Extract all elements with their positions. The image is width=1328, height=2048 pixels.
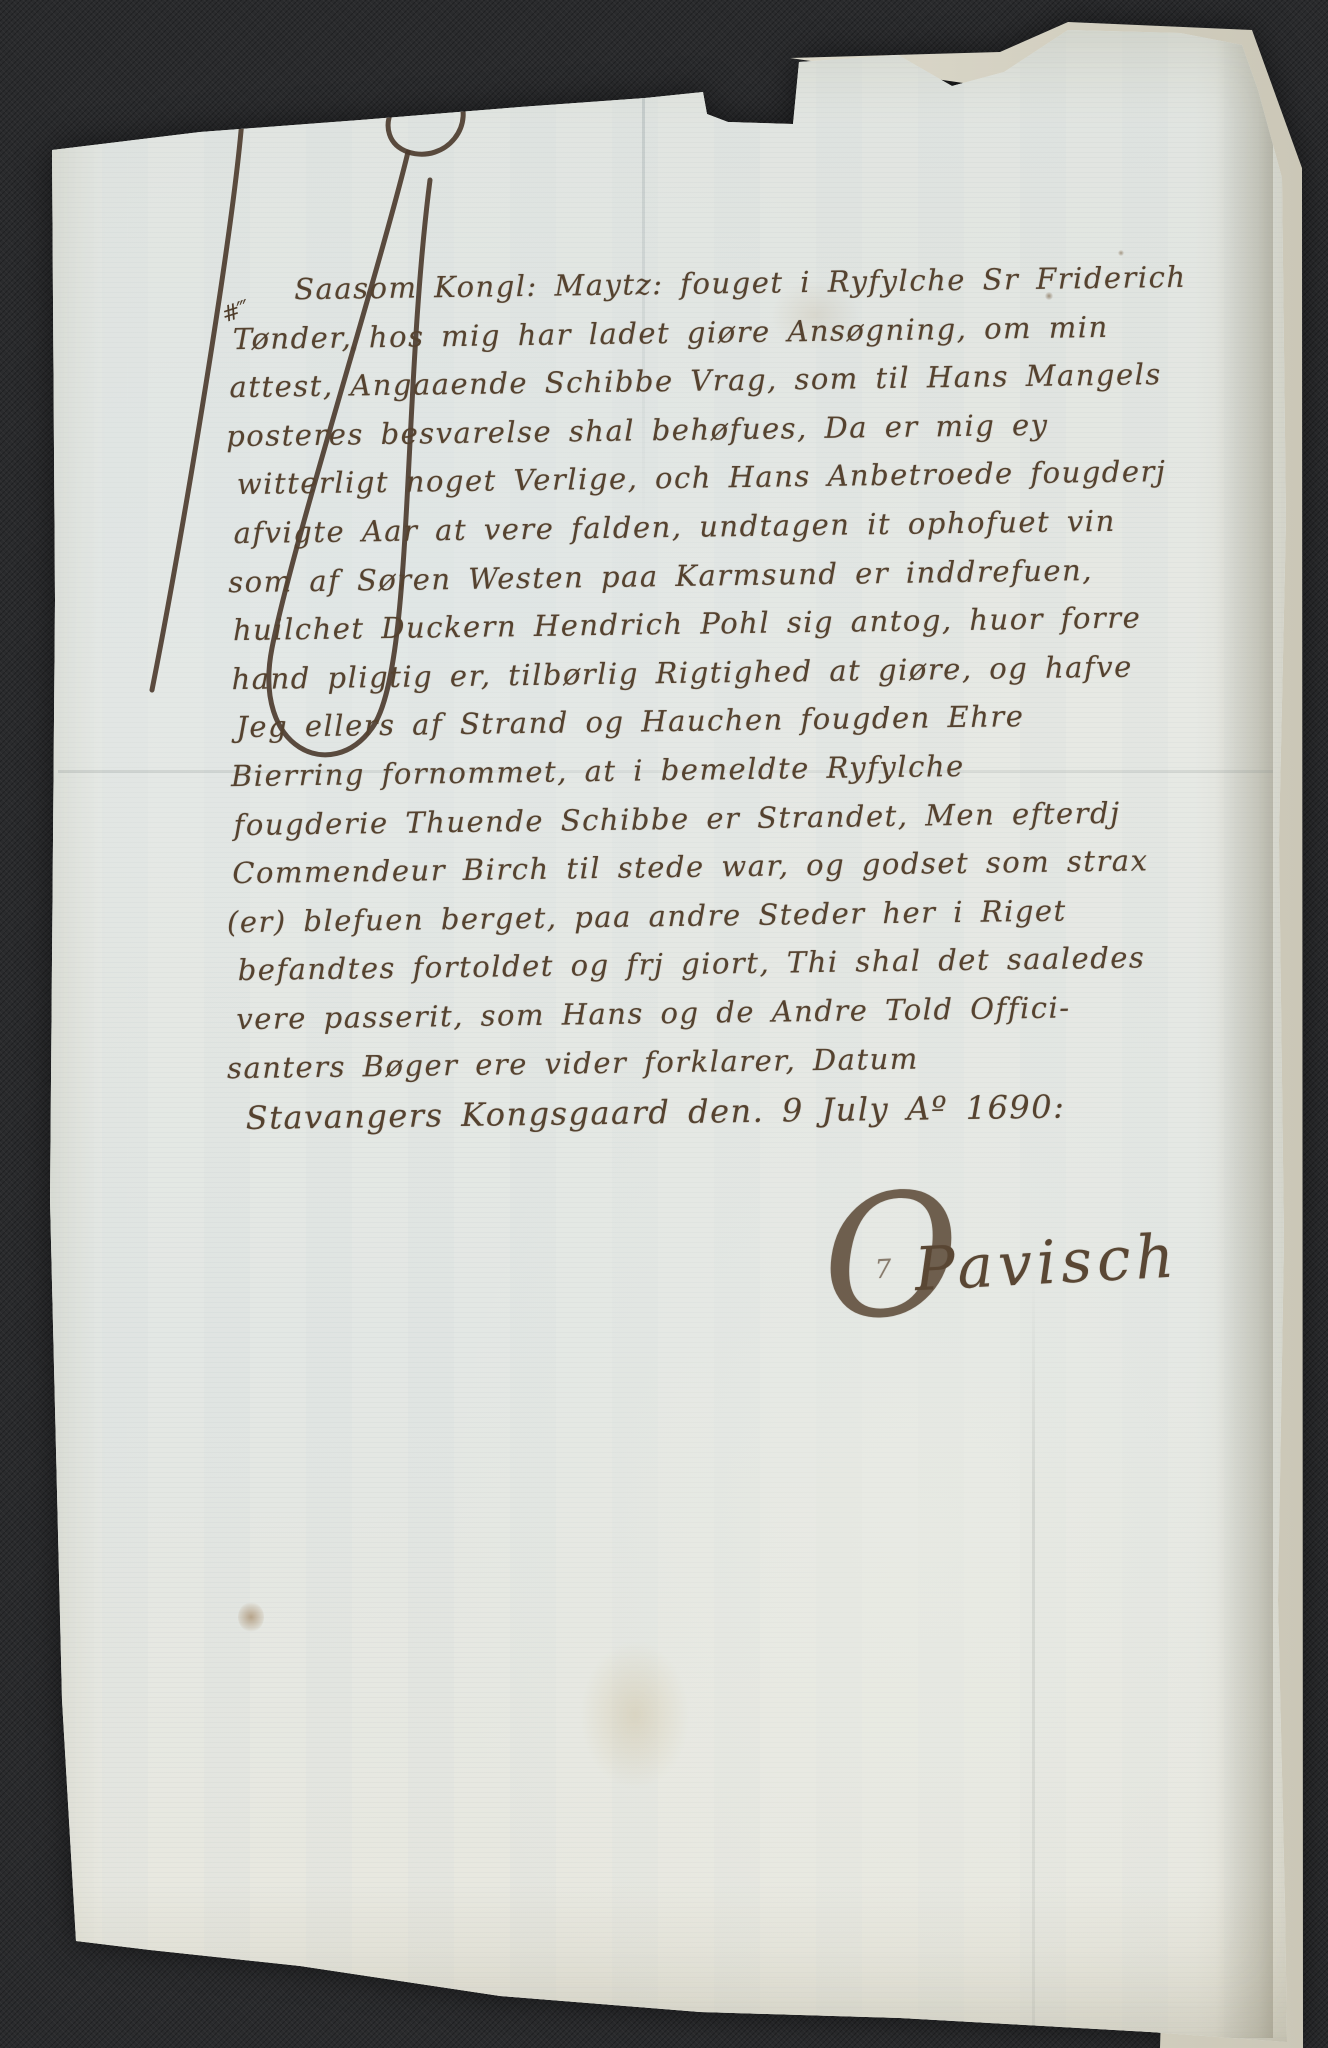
signature: O 7 Pavisch bbox=[816, 1106, 1289, 1390]
signature-initial: O 7 bbox=[818, 1169, 964, 1344]
manuscript-sheet-wrapper: #‴ Saasom Kongl: Maytz: fouget i Ryfylch… bbox=[0, 0, 1328, 2048]
ink-stain bbox=[238, 1602, 264, 1632]
archive-photo-background: #‴ Saasom Kongl: Maytz: fouget i Ryfylch… bbox=[0, 0, 1328, 2048]
vertical-crease-lower bbox=[1032, 1270, 1035, 2040]
paper-stain bbox=[580, 1640, 690, 1790]
manuscript-page: #‴ Saasom Kongl: Maytz: fouget i Ryfylch… bbox=[0, 0, 1328, 2048]
foxing-dot bbox=[1118, 250, 1124, 256]
letter-body: Saasom Kongl: Maytz: fouget i Ryfylche S… bbox=[224, 259, 1266, 1148]
signature-inner-mark: 7 bbox=[874, 1256, 892, 1283]
